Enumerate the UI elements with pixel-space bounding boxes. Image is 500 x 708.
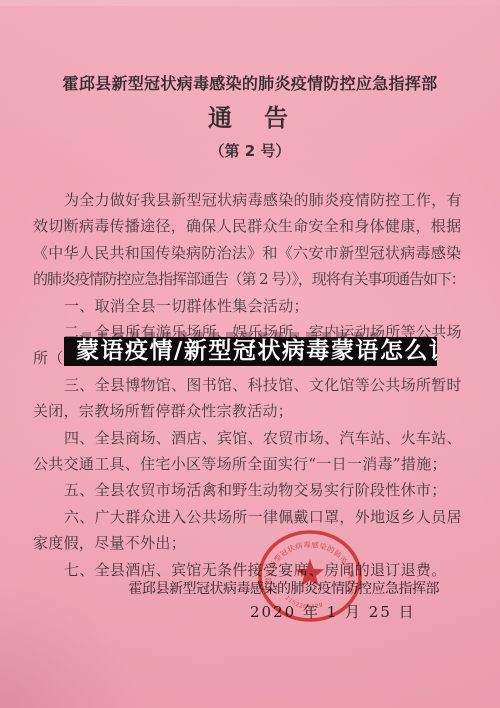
body-line: 的肺炎疫情防控应急指挥部通告（第 2 号）》，现将有关事项通告如下：: [33, 266, 469, 292]
body-line: 效切断病毒传播途径，确保人民群众生命安全和身体健康，根据: [33, 213, 469, 239]
notice-title: 通 告: [0, 98, 500, 133]
body-line: 公共交通工具、住宅小区等场所全面实行“一日一消毒”措施；: [33, 451, 469, 477]
body-line: 六、广大群众进入公共场所一律佩戴口罩，外地返乡人员居: [33, 504, 469, 530]
body-line: 《中华人民共和国传染病防治法》和《六安市新型冠状病毒感染: [33, 240, 469, 266]
body-line: 五、全县农贸市场活禽和野生动物交易实行阶段性休市；: [33, 477, 469, 503]
body-line: 四、全县商场、酒店、宾馆、农贸市场、汽车站、火车站、: [33, 425, 469, 451]
notice-issuer: 霍邱县新型冠状病毒感染的肺炎疫情防控应急指挥部: [0, 71, 500, 94]
notice-body: 为全力做好我县新型冠状病毒感染的肺炎疫情防控工作，有效切断病毒传播途径，确保人民…: [33, 187, 469, 583]
body-line: 一、取消全县一切群体性集会活动；: [33, 293, 469, 319]
body-line: 三、全县博物馆、图书馆、科技馆、文化馆等公共场所暂时: [33, 372, 469, 398]
caption-text: 蒙语疫情/新型冠状病毒蒙语怎么说: [76, 338, 437, 364]
body-line: 关闭，宗教场所暂停群众性宗教活动；: [33, 398, 469, 424]
notice-paper: 霍邱县新型冠状病毒感染的肺炎疫情防控应急指挥部 通 告 （第 2 号） 为全力做…: [0, 0, 500, 708]
notice-number: （第 2 号）: [0, 140, 500, 161]
body-line: 家度假，尽量不外出；: [33, 530, 469, 556]
body-line: 为全力做好我县新型冠状病毒感染的肺炎疫情防控工作，有: [33, 187, 469, 213]
caption-overlay-banner: 蒙语疫情/新型冠状病毒蒙语怎么说: [64, 337, 437, 366]
date-line: 2020 年 1 月 25 日: [250, 601, 416, 622]
signature-line: 霍邱县新型冠状病毒感染的肺炎疫情防控应急指挥部: [129, 578, 440, 598]
